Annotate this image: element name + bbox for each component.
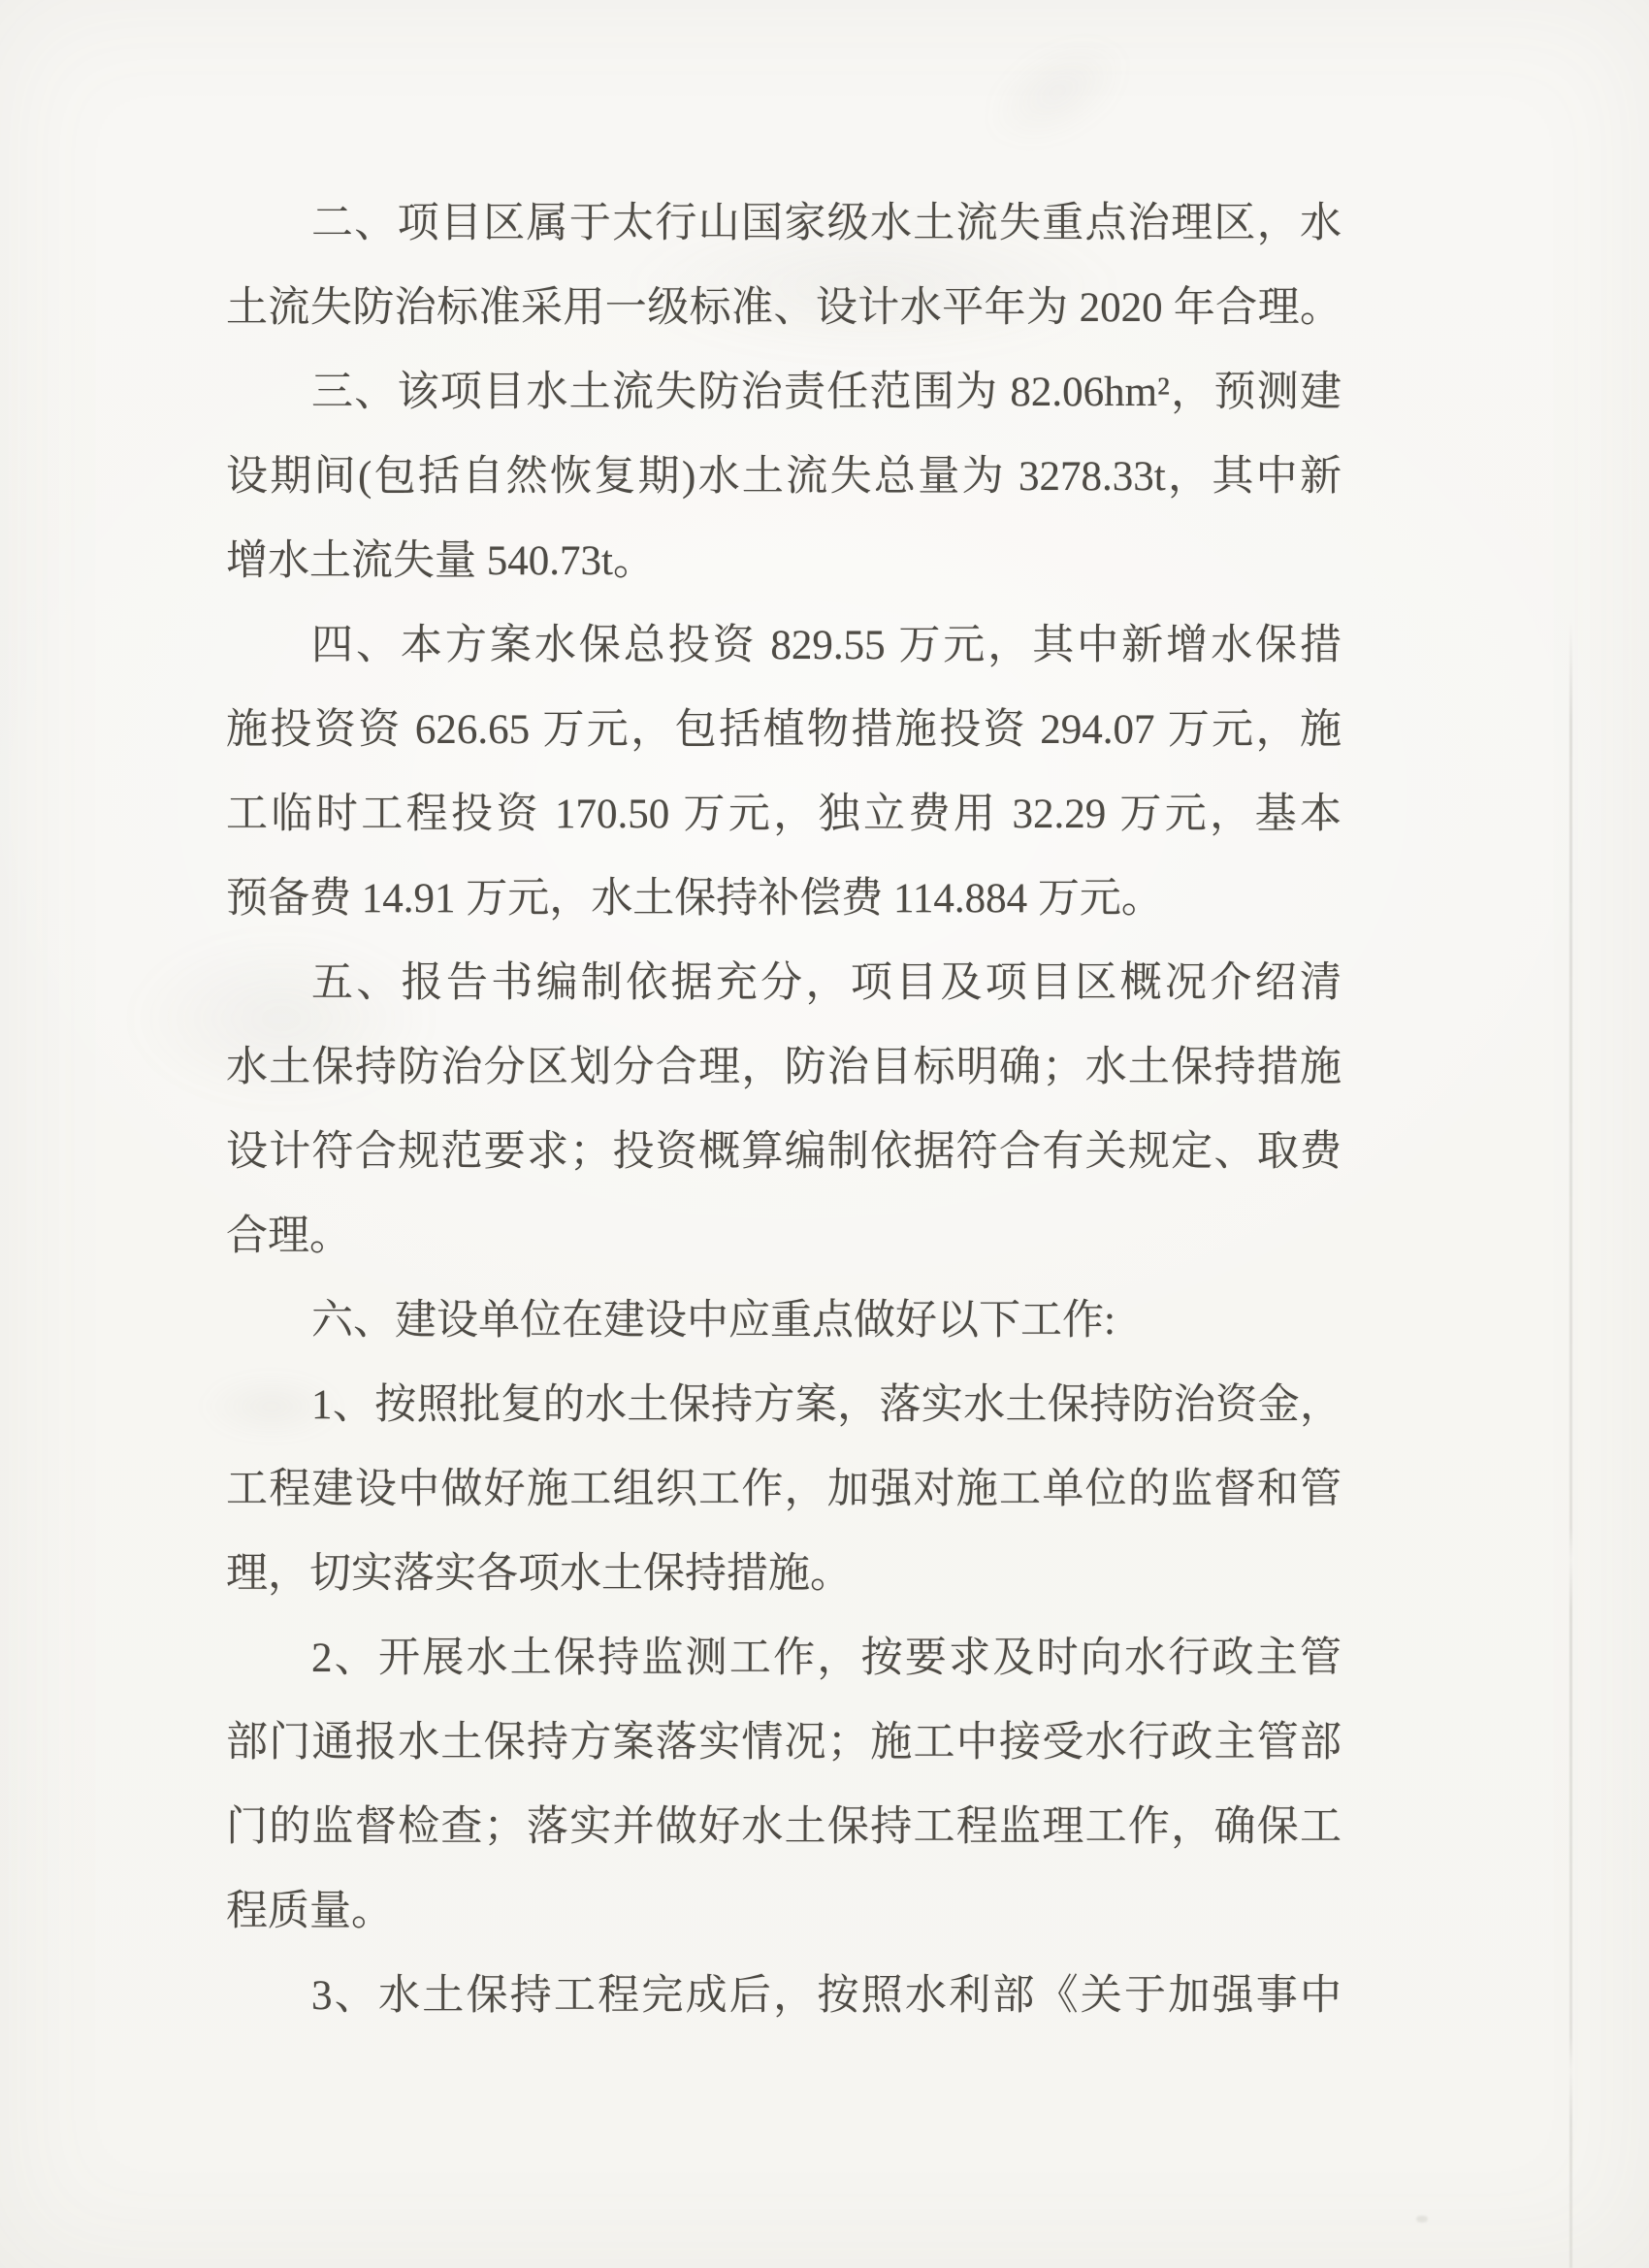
text-line: 二、项目区属于太行山国家级水土流失重点治理区，水	[226, 181, 1342, 266]
text-line: 五、报告书编制依据充分，项目及项目区概况介绍清楚，	[226, 941, 1342, 1025]
text-line: 门的监督检查；落实并做好水土保持工程监理工作，确保工	[226, 1785, 1342, 1869]
bleed-through-blotch	[968, 16, 1147, 169]
scanned-document-page: 二、项目区属于太行山国家级水土流失重点治理区，水 土流失防治标准采用一级标准、设…	[0, 0, 1649, 2268]
text-line: 合理。	[226, 1194, 1342, 1279]
text-line: 工临时工程投资 170.50 万元，独立费用 32.29 万元，基本	[226, 772, 1342, 857]
text-line: 预备费 14.91 万元，水土保持补偿费 114.884 万元。	[226, 857, 1342, 941]
text-line: 水土保持防治分区划分合理，防治目标明确；水土保持措施	[226, 1025, 1342, 1110]
text-line: 三、该项目水土流失防治责任范围为 82.06hm²，预测建	[226, 350, 1342, 435]
text-line: 六、建设单位在建设中应重点做好以下工作:	[226, 1279, 1342, 1363]
text-line: 设期间(包括自然恢复期)水土流失总量为 3278.33t，其中新	[226, 435, 1342, 519]
text-line: 设计符合规范要求；投资概算编制依据符合有关规定、取费	[226, 1110, 1342, 1194]
scan-streak-artifact	[1569, 621, 1572, 2268]
document-text-block: 二、项目区属于太行山国家级水土流失重点治理区，水 土流失防治标准采用一级标准、设…	[226, 181, 1342, 2038]
text-line: 理，切实落实各项水土保持措施。	[226, 1532, 1342, 1616]
text-line: 施投资资 626.65 万元，包括植物措施投资 294.07 万元，施	[226, 688, 1342, 772]
scan-speck-artifact	[1416, 2216, 1428, 2222]
text-line: 土流失防治标准采用一级标准、设计水平年为 2020 年合理。	[226, 266, 1342, 350]
text-line: 3、水土保持工程完成后，按照水利部《关于加强事中	[226, 1954, 1342, 2038]
text-line: 增水土流失量 540.73t。	[226, 519, 1342, 603]
text-line: 程质量。	[226, 1869, 1342, 1954]
text-line: 工程建设中做好施工组织工作，加强对施工单位的监督和管	[226, 1447, 1342, 1532]
text-line: 2、开展水土保持监测工作，按要求及时向水行政主管	[226, 1616, 1342, 1701]
text-line: 1、按照批复的水土保持方案，落实水土保持防治资金，	[226, 1363, 1342, 1447]
text-line: 四、本方案水保总投资 829.55 万元，其中新增水保措	[226, 603, 1342, 688]
text-line: 部门通报水土保持方案落实情况；施工中接受水行政主管部	[226, 1701, 1342, 1785]
